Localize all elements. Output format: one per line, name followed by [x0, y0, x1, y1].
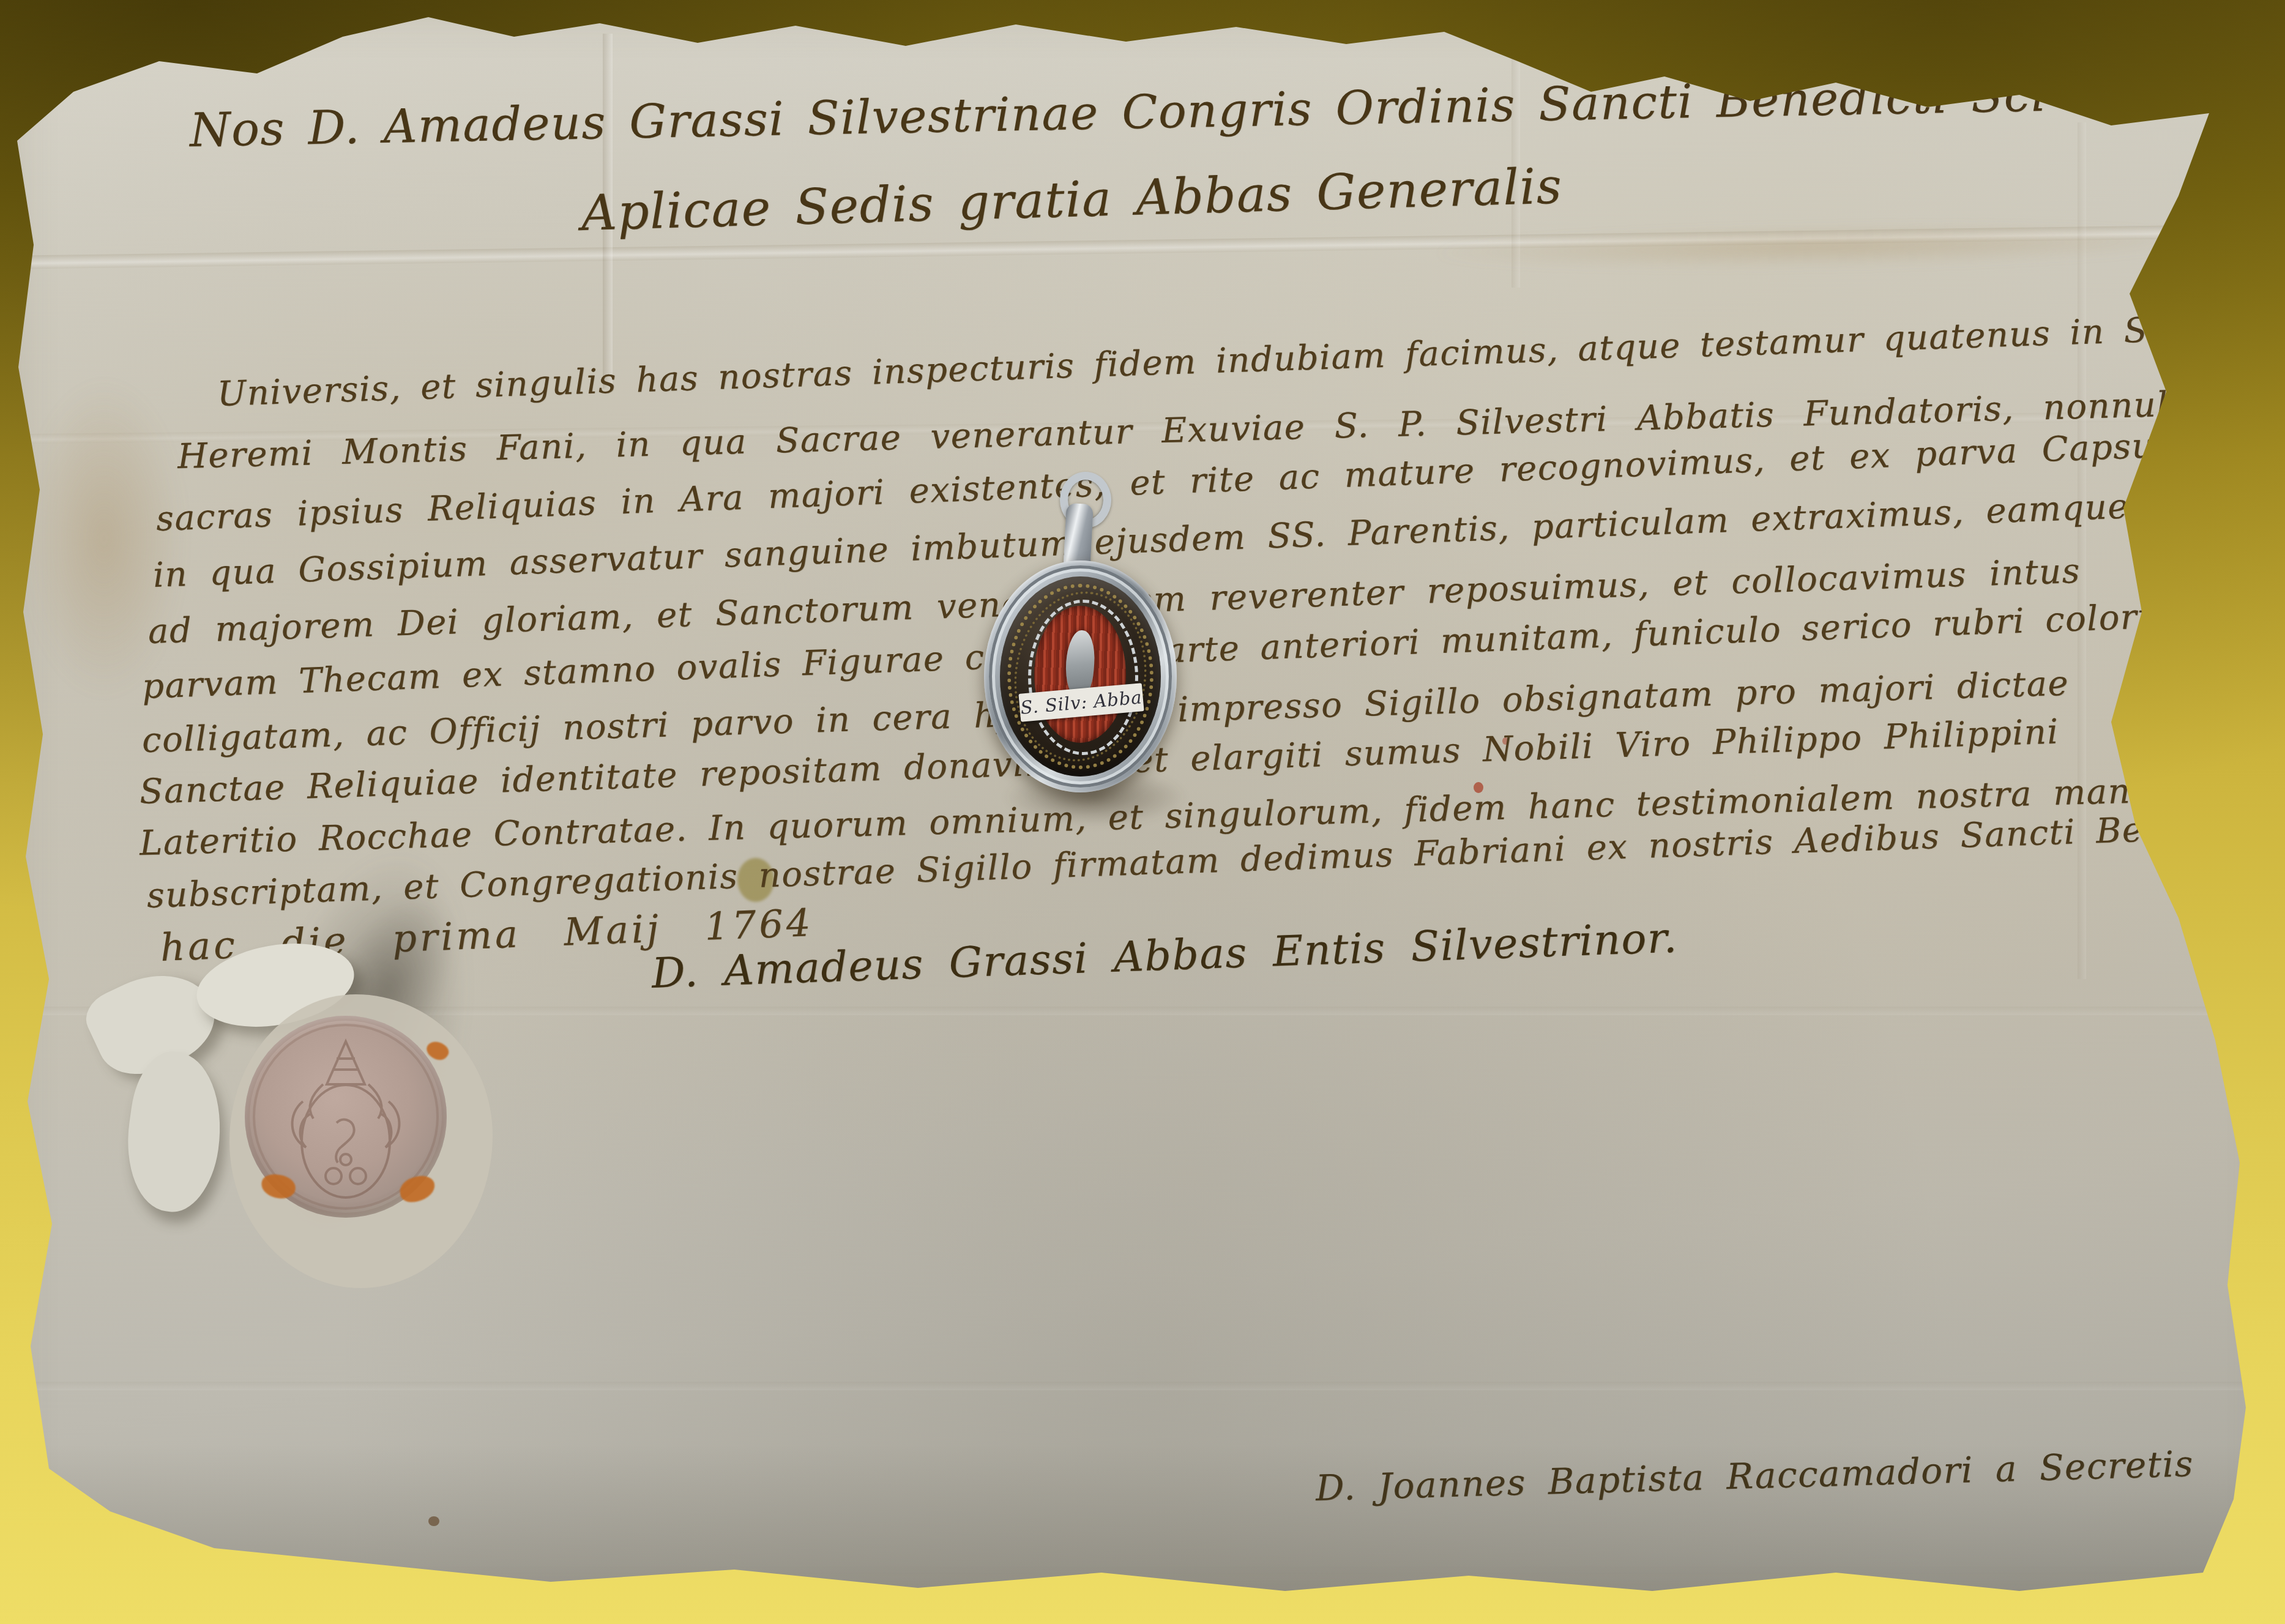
- vertical-crease: [1512, 24, 1520, 288]
- horizontal-crease: [0, 1382, 2285, 1390]
- photograph-of-manuscript: Nos D. Amadeus Grassi Silvestrinae Congr…: [0, 0, 2285, 1624]
- heading-line: Aplicae Sedis gratia Abbas Generalis: [581, 157, 1564, 242]
- gold-wire-ornament: [1004, 583, 1158, 770]
- gold-wire-ornament: [1007, 584, 1154, 769]
- horizontal-crease: [0, 224, 2285, 269]
- parchment-document: Nos D. Amadeus Grassi Silvestrinae Congr…: [0, 0, 2285, 1624]
- pendant-glass-interior: [1000, 576, 1161, 777]
- silver-serrated-ring: [1028, 600, 1138, 755]
- paper-stain: [1438, 221, 2204, 272]
- reliquary-pendant: S. Silv: Abba: [979, 461, 1181, 797]
- heading-line: Nos D. Amadeus Grassi Silvestrinae Congr…: [189, 66, 2118, 157]
- pendant-silver-frame: [984, 561, 1177, 792]
- papered-wax-seal: [229, 994, 493, 1288]
- red-threadwork: [1034, 606, 1126, 743]
